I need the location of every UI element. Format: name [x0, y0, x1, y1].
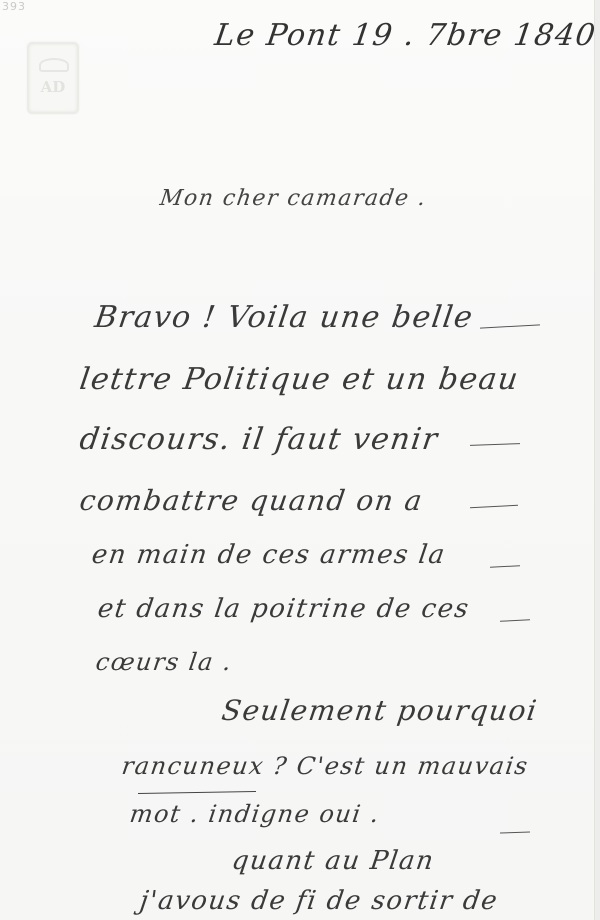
letter-date: Le Pont 19 . 7bre 1840 — [213, 18, 599, 53]
line-flourish — [490, 565, 520, 568]
line-flourish — [500, 619, 530, 622]
page-edge — [594, 0, 600, 920]
letter-line: cœurs la . — [94, 648, 234, 676]
letter-line: j'avous de fi de sortir de — [138, 886, 500, 916]
letter-line: combattre quand on a — [78, 484, 426, 517]
line-flourish — [470, 443, 520, 446]
embossed-stamp-icon: AD — [27, 42, 79, 114]
letter-line: Bravo ! Voila une belle — [93, 300, 476, 335]
crown-icon — [39, 58, 69, 72]
letter-line: rancuneux ? C'est un mauvais — [120, 752, 531, 780]
line-flourish — [470, 505, 518, 509]
letter-line: quant au Plan — [230, 846, 437, 876]
letter-line: lettre Politique et un beau — [78, 362, 522, 397]
salutation: Mon cher camarade . — [158, 186, 428, 211]
stamp-monogram: AD — [29, 78, 77, 96]
letter-page: 393 AD Le Pont 19 . 7bre 1840 Mon cher c… — [0, 0, 594, 920]
letter-line: Seulement pourquoi — [220, 694, 540, 727]
underline-mark — [138, 791, 256, 794]
letter-line: en main de ces armes la — [90, 540, 448, 570]
line-flourish — [480, 324, 540, 328]
letter-line: discours. il faut venir — [78, 422, 441, 457]
letter-line: mot . indigne oui . — [128, 800, 382, 828]
letter-line: et dans la poitrine de ces — [96, 594, 472, 624]
line-flourish — [500, 831, 530, 833]
archive-number: 393 — [2, 0, 26, 13]
